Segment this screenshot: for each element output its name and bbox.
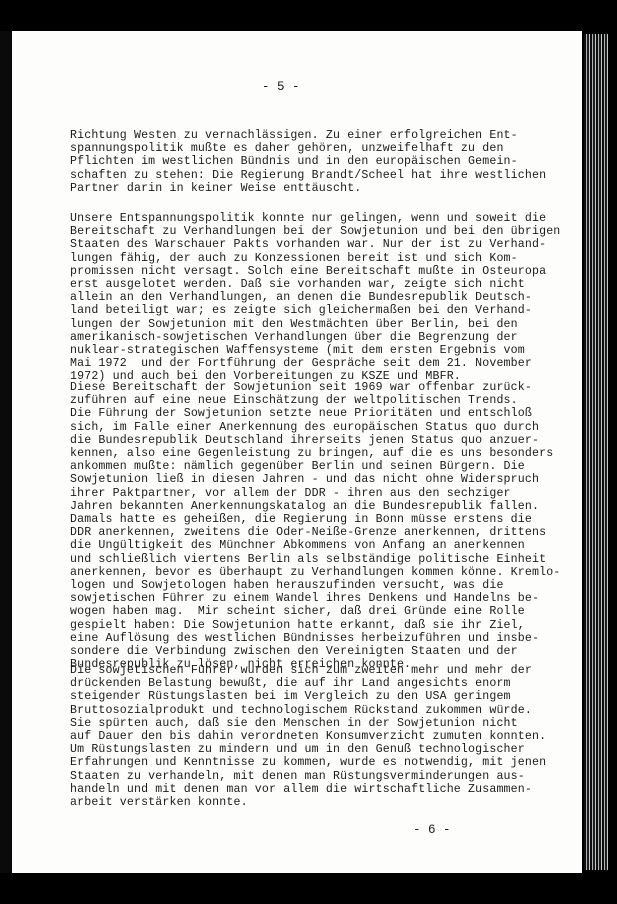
page-stack-edge	[584, 34, 608, 870]
paragraph-1: Richtung Westen zu vernachlässigen. Zu e…	[70, 129, 546, 195]
paragraph-4: Die sowjetischen Führer wurden sich zum …	[70, 664, 546, 809]
paragraph-2: Unsere Entspannungspolitik konnte nur ge…	[70, 212, 560, 384]
paragraph-3: Diese Bereitschaft der Sowjetunion seit …	[70, 381, 560, 671]
page-number-top: - 5 -	[262, 80, 300, 94]
page-number-bottom: - 6 -	[413, 823, 451, 837]
scan-binding-edge	[0, 31, 12, 873]
